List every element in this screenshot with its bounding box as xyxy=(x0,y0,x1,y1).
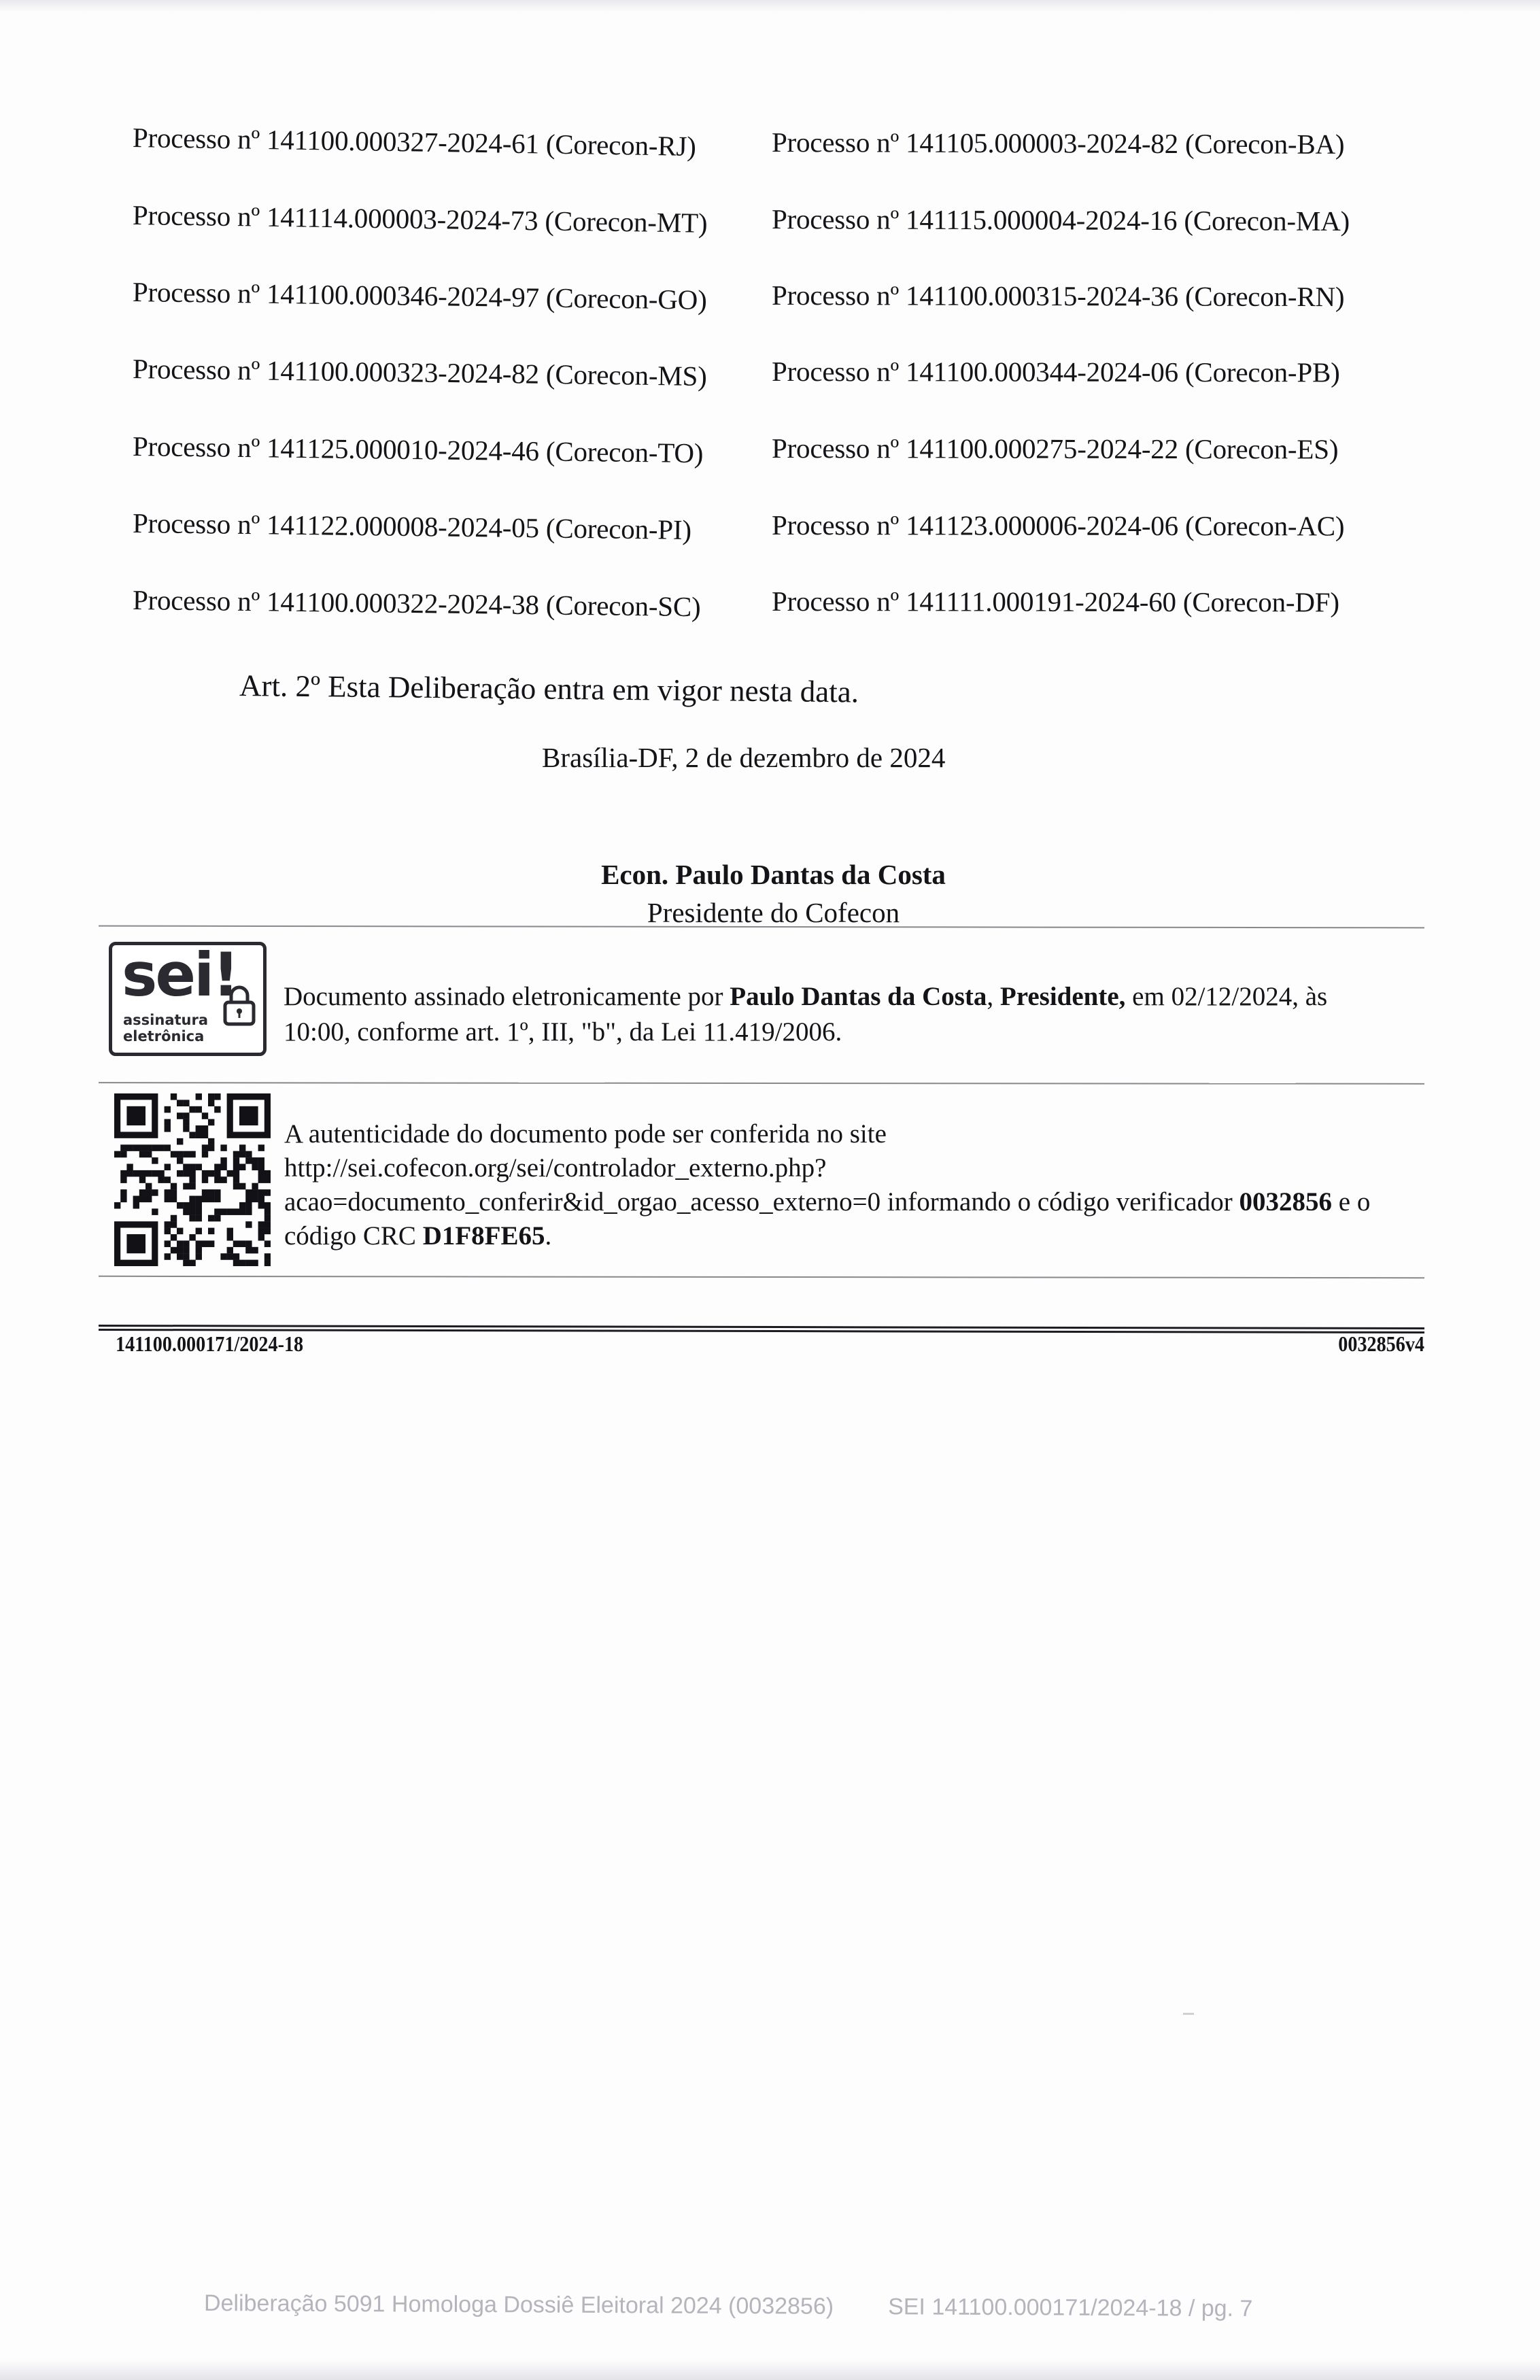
place-date: Brasília-DF, 2 de dezembro de 2024 xyxy=(542,741,945,774)
process-entity: (Corecon-BA) xyxy=(1185,128,1345,160)
process-label: Processo nº xyxy=(133,353,260,386)
process-item: Processo nº 141105.000003-2024-82 (Corec… xyxy=(772,126,1345,160)
process-label: Processo nº xyxy=(133,276,260,309)
sig-prefix: Documento assinado eletronicamente por xyxy=(284,982,730,1011)
print-footer-title: Deliberação 5091 Homologa Dossiê Eleitor… xyxy=(204,2290,834,2319)
divider xyxy=(99,1276,1424,1278)
page-edge xyxy=(0,2360,1540,2380)
sig-separator: , xyxy=(987,982,1000,1011)
auth-text-part: . xyxy=(545,1221,552,1251)
signer-name: Econ. Paulo Dantas da Costa xyxy=(0,858,1540,891)
sig-legal-basis: 10:00, conforme art. 1º, III, "b", da Le… xyxy=(284,1017,842,1047)
process-number: 141111.000191-2024-60 xyxy=(906,585,1176,617)
process-label: Processo nº xyxy=(133,507,260,540)
process-entity: (Corecon-DF) xyxy=(1183,586,1339,617)
process-item: Processo nº 141100.000344-2024-06 (Corec… xyxy=(772,355,1340,388)
footer-process-number: 141100.000171/2024-18 xyxy=(116,1331,303,1357)
sei-caption-line: eletrônica xyxy=(123,1028,208,1044)
process-item: Processo nº 141100.000315-2024-36 (Corec… xyxy=(772,279,1345,313)
article-2: Art. 2º Esta Deliberação entra em vigor … xyxy=(239,668,859,710)
process-number: 141114.000003-2024-73 xyxy=(267,201,538,237)
process-number: 141100.000315-2024-36 xyxy=(906,280,1178,312)
sei-signature-seal: sei! assinatura eletrônica xyxy=(109,942,267,1056)
crc-code: D1F8FE65 xyxy=(423,1221,545,1251)
sei-seal-caption: assinatura eletrônica xyxy=(123,1012,208,1044)
process-entity: (Corecon-SC) xyxy=(546,589,701,622)
process-label: Processo nº xyxy=(133,584,260,617)
sig-role: Presidente, xyxy=(1000,982,1126,1011)
process-number: 141105.000003-2024-82 xyxy=(906,127,1178,159)
print-footer-page: SEI 141100.000171/2024-18 / pg. 7 xyxy=(888,2294,1252,2322)
authenticity-text: A autenticidade do documento pode ser co… xyxy=(284,1117,1454,1253)
sei-logo: sei! xyxy=(122,945,237,1005)
process-item: Processo nº 141111.000191-2024-60 (Corec… xyxy=(772,585,1339,618)
process-number: 141100.000322-2024-38 xyxy=(267,585,539,620)
verifier-code: 0032856 xyxy=(1239,1187,1333,1217)
process-entity: (Corecon-MA) xyxy=(1184,205,1350,237)
process-number: 141115.000004-2024-16 xyxy=(906,204,1177,236)
print-footer: Deliberação 5091 Homologa Dossiê Eleitor… xyxy=(204,2290,1253,2322)
process-label: Processo nº xyxy=(133,122,260,155)
verification-url[interactable]: http://sei.cofecon.org/sei/controlador_e… xyxy=(284,1151,1454,1185)
process-label: Processo nº xyxy=(772,432,899,464)
page-edge xyxy=(0,0,1540,12)
process-entity: (Corecon-PB) xyxy=(1185,356,1340,388)
process-entity: (Corecon-PI) xyxy=(546,512,691,545)
process-label: Processo nº xyxy=(772,509,899,541)
auth-text-part: e o xyxy=(1332,1187,1370,1217)
process-number: 141100.000346-2024-97 xyxy=(267,278,539,313)
sei-caption-line: assinatura xyxy=(123,1012,208,1028)
process-label: Processo nº xyxy=(772,203,899,235)
process-number: 141125.000010-2024-46 xyxy=(267,432,539,466)
auth-line: acao=documento_conferir&id_orgao_acesso_… xyxy=(284,1185,1454,1219)
electronic-signature-text: Documento assinado eletronicamente por P… xyxy=(284,979,1453,1050)
process-item: Processo nº 141115.000004-2024-16 (Corec… xyxy=(772,203,1350,237)
sig-signer: Paulo Dantas da Costa xyxy=(730,982,987,1011)
process-item: Processo nº 141100.000275-2024-22 (Corec… xyxy=(772,432,1338,465)
auth-text-part: acao=documento_conferir&id_orgao_acesso_… xyxy=(284,1187,1239,1217)
process-entity: (Corecon-MS) xyxy=(546,358,707,392)
process-entity: (Corecon-MT) xyxy=(545,205,708,238)
process-label: Processo nº xyxy=(772,356,899,387)
process-item: Processo nº 141100.000322-2024-38 (Corec… xyxy=(133,583,701,623)
process-label: Processo nº xyxy=(133,199,260,233)
process-entity: (Corecon-ES) xyxy=(1185,433,1338,464)
process-entity: (Corecon-GO) xyxy=(546,282,707,315)
process-item: Processo nº 141122.000008-2024-05 (Corec… xyxy=(133,507,691,546)
process-label: Processo nº xyxy=(772,126,899,158)
signer-role: Presidente do Cofecon xyxy=(0,896,1540,929)
scan-mark xyxy=(1183,2013,1194,2015)
process-item: Processo nº 141100.000346-2024-97 (Corec… xyxy=(133,275,707,316)
process-item: Processo nº 141123.000006-2024-06 (Corec… xyxy=(772,509,1345,542)
auth-line: A autenticidade do documento pode ser co… xyxy=(284,1117,1454,1151)
divider xyxy=(99,1082,1424,1085)
process-label: Processo nº xyxy=(772,585,899,617)
process-number: 141123.000006-2024-06 xyxy=(906,509,1178,541)
process-number: 141100.000327-2024-61 xyxy=(267,124,540,159)
footer-document-version: 0032856v4 xyxy=(1338,1331,1424,1357)
process-entity: (Corecon-AC) xyxy=(1185,510,1345,541)
process-number: 141122.000008-2024-05 xyxy=(267,509,539,543)
process-number: 141100.000344-2024-06 xyxy=(906,356,1178,388)
auth-text-part: código CRC xyxy=(284,1221,423,1251)
process-label: Processo nº xyxy=(772,279,899,311)
process-item: Processo nº 141125.000010-2024-46 (Corec… xyxy=(133,430,704,469)
auth-line: código CRC D1F8FE65. xyxy=(284,1219,1454,1253)
lock-icon xyxy=(222,983,256,1027)
process-entity: (Corecon-RJ) xyxy=(546,129,696,162)
process-entity: (Corecon-RN) xyxy=(1185,281,1345,313)
process-item: Processo nº 141100.000327-2024-61 (Corec… xyxy=(133,121,696,163)
sig-date: em 02/12/2024, às xyxy=(1125,982,1327,1011)
qr-code-icon xyxy=(114,1093,271,1266)
process-entity: (Corecon-TO) xyxy=(546,435,704,469)
process-item: Processo nº 141100.000323-2024-82 (Corec… xyxy=(133,352,707,392)
process-item: Processo nº 141114.000003-2024-73 (Corec… xyxy=(133,199,708,239)
process-number: 141100.000275-2024-22 xyxy=(906,432,1178,464)
process-number: 141100.000323-2024-82 xyxy=(267,355,539,390)
process-label: Processo nº xyxy=(133,430,260,463)
